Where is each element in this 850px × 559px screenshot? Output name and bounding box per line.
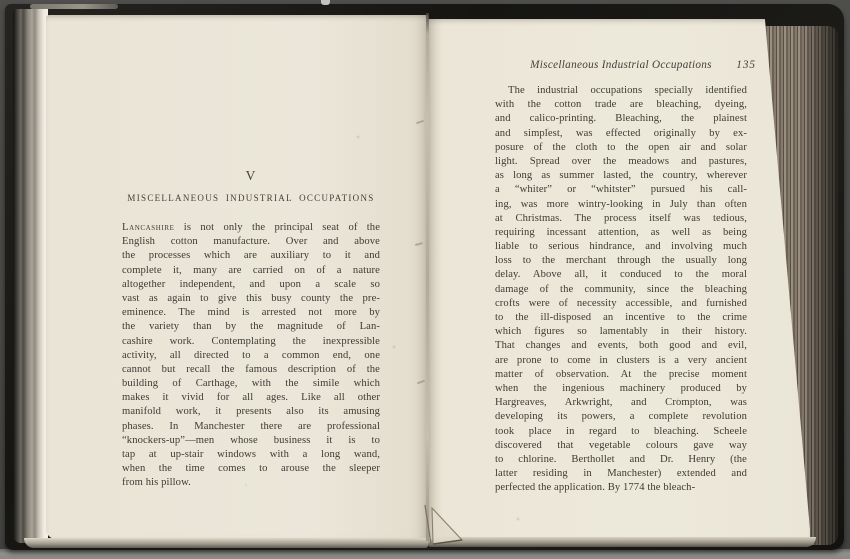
body-text-line: a “whiter” or “whitster” pursued his cal… bbox=[495, 183, 747, 197]
body-text-line: requiring incessant attention, as well a… bbox=[495, 226, 747, 240]
book-gutter bbox=[426, 13, 429, 541]
body-text-line: altogether independent, and upon a scale… bbox=[122, 278, 380, 292]
body-text-line: with the cotton trade are bleaching, dye… bbox=[495, 98, 747, 112]
left-page-body: Lancashire is not only the principal sea… bbox=[122, 221, 380, 491]
body-text-line: crofts were of necessity accessible, and… bbox=[495, 297, 747, 311]
first-line-rest: is not only the principal seat of the bbox=[175, 222, 380, 233]
body-text-line: from his pillow. bbox=[122, 476, 380, 490]
body-text-line: discovered that vegetable colours gave w… bbox=[495, 439, 747, 453]
table-surface bbox=[0, 549, 850, 559]
body-text-line: posure of the cloth to the open air and … bbox=[495, 141, 747, 155]
left-page-edges bbox=[13, 9, 48, 543]
body-text-line: vast as again to give this busy county t… bbox=[122, 292, 380, 306]
left-page-text: V MISCELLANEOUS INDUSTRIAL OCCUPATIONS L… bbox=[122, 168, 380, 498]
body-text-line: as long as summer lasted, the country, w… bbox=[495, 169, 747, 183]
body-text-line: building of Carthage, with the simile wh… bbox=[122, 377, 380, 391]
body-text-line: English cotton manufacture. Over and abo… bbox=[122, 235, 380, 249]
right-page-text: Miscellaneous Industrial Occupations 135… bbox=[495, 59, 747, 74]
body-text-line: Hargreaves, Arkwright, and Crompton, was bbox=[495, 396, 747, 410]
body-text-line: developing its powers, a complete revolu… bbox=[495, 410, 747, 424]
body-text-line: when the time comes to arouse the sleepe… bbox=[122, 462, 380, 476]
body-text-line: liable to serious hindrance, and involvi… bbox=[495, 240, 747, 254]
body-text-line: at Christmas. The process itself was ted… bbox=[495, 212, 747, 226]
highlight-glint bbox=[321, 0, 330, 5]
body-text-line: loss to the merchant through the usually… bbox=[495, 254, 747, 268]
lead-word: Lancashire bbox=[122, 222, 175, 233]
body-text-line: The industrial occupations specially ide… bbox=[495, 84, 747, 98]
open-book-photo: V MISCELLANEOUS INDUSTRIAL OCCUPATIONS L… bbox=[0, 0, 850, 559]
body-text-line: activity, all directed to a common end, … bbox=[122, 349, 380, 363]
body-text-line: to the ill-disposed an incentive to the … bbox=[495, 311, 747, 325]
body-text-line: light. Spread over the meadows and pastu… bbox=[495, 155, 747, 169]
body-text-line: the variety than by the magnitude of Lan… bbox=[122, 320, 380, 334]
chapter-heading: MISCELLANEOUS INDUSTRIAL OCCUPATIONS bbox=[112, 193, 390, 203]
body-text-line: phases. In Manchester there are professi… bbox=[122, 420, 380, 434]
bottom-page-edges-right bbox=[428, 537, 816, 547]
page-number: 135 bbox=[736, 59, 756, 71]
body-text-line: “knockers-up”—men whose business it is t… bbox=[122, 434, 380, 448]
folded-page-corner bbox=[410, 500, 480, 550]
body-text-line: eminence. The mind is arrested not more … bbox=[122, 306, 380, 320]
running-header-title: Miscellaneous Industrial Occupations bbox=[530, 59, 712, 71]
body-text-line: ing, was more wintry-looking in July tha… bbox=[495, 198, 747, 212]
body-text-line: That changes and events, both good and e… bbox=[495, 339, 747, 353]
body-text-line: which figures so lamentably in their his… bbox=[495, 325, 747, 339]
body-text-line: manifold work, it presents also its amus… bbox=[122, 405, 380, 419]
body-text-line: matter of observation. At the precise mo… bbox=[495, 368, 747, 382]
body-text-line: cannot but recall the famous description… bbox=[122, 363, 380, 377]
body-text-line: tap at up-stair windows with a long wand… bbox=[122, 448, 380, 462]
chapter-number: V bbox=[122, 168, 380, 184]
bottom-page-edges-left bbox=[24, 538, 428, 548]
body-text-line: when the ingenious machinery produced by bbox=[495, 382, 747, 396]
body-text-line: complete it, many are carried on of a na… bbox=[122, 264, 380, 278]
body-text-line: delay. Above all, it conduced to the mor… bbox=[495, 268, 747, 282]
body-text-line: latter residing in Manchester) extended … bbox=[495, 467, 747, 481]
body-text-line: and simplest, was effected originally by… bbox=[495, 127, 747, 141]
body-text-line: to chlorine. Berthollet and Dr. Henry (t… bbox=[495, 453, 747, 467]
body-text-line: are prone to come in clusters is a very … bbox=[495, 354, 747, 368]
body-text-line: makes it vivid for all ages. Like all ot… bbox=[122, 391, 380, 405]
body-text-line: Lancashire is not only the principal sea… bbox=[122, 221, 380, 235]
body-text-line: perfected the application. By 1774 the b… bbox=[495, 481, 747, 495]
body-text-line: took place in regard to bleaching. Schee… bbox=[495, 425, 747, 439]
running-header: Miscellaneous Industrial Occupations 135 bbox=[495, 59, 747, 74]
right-page-body: The industrial occupations specially ide… bbox=[495, 84, 747, 495]
body-text-line: the processes which are auxiliary to it … bbox=[122, 249, 380, 263]
body-text-line: cashire work. Contemplating the inexpres… bbox=[122, 335, 380, 349]
body-text-line: damage of the community, since the bleac… bbox=[495, 283, 747, 297]
body-text-line: and calico-printing. Bleaching, the plai… bbox=[495, 112, 747, 126]
